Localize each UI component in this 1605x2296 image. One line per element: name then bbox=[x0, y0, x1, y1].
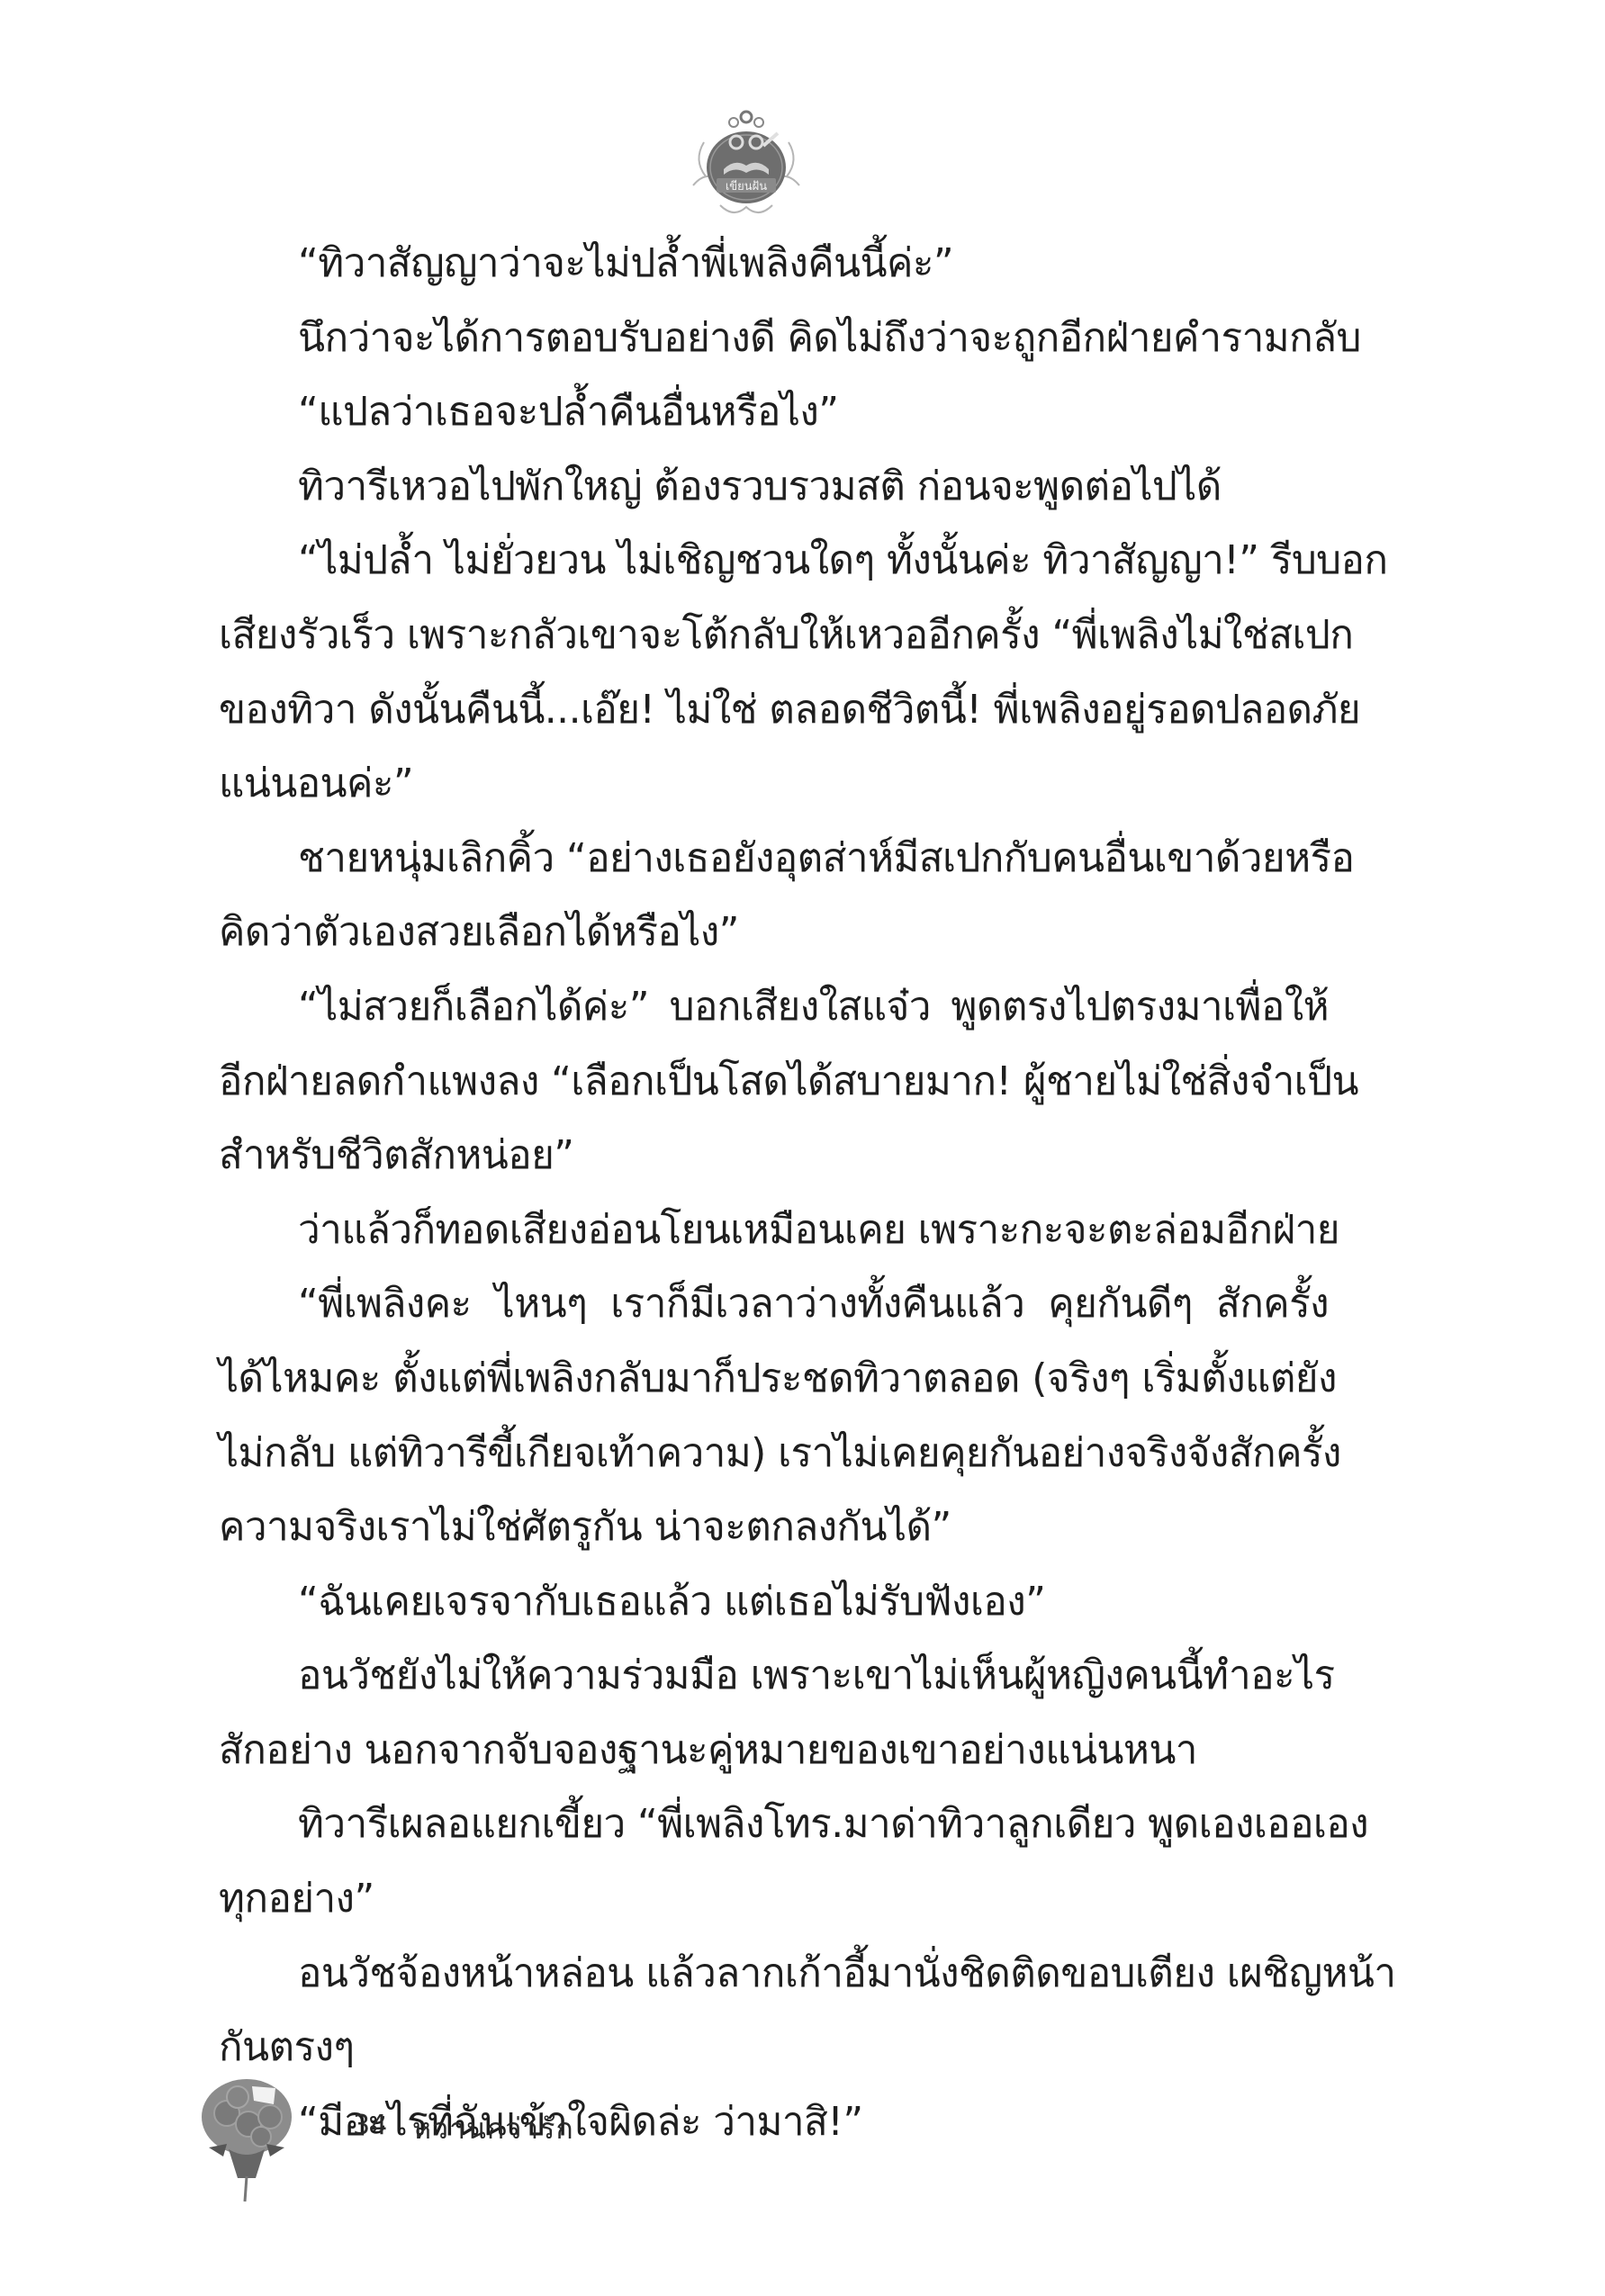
body-text: “ทิวาสัญญาว่าจะไม่ปล้ำพี่เพลิงคืนนี้ค่ะ”… bbox=[219, 227, 1329, 2159]
text-line: ความจริงเราไม่ใช่ศัตรูกัน น่าจะตกลงกันได… bbox=[219, 1490, 1329, 1565]
text-line: คิดว่าตัวเองสวยเลือกได้หรือไง” bbox=[219, 896, 1329, 970]
text-line: ไม่กลับ แต่ทิวารีขี้เกียจเท้าความ) เราไม… bbox=[219, 1417, 1329, 1491]
text-line: ทุกอย่าง” bbox=[219, 1862, 1329, 1937]
book-title: หวานกว่ารัก bbox=[412, 2106, 574, 2152]
text-line: ทิวารีเผลอแยกเขี้ยว “พี่เพลิงโทร.มาด่าทิ… bbox=[219, 1787, 1329, 1862]
text-line: ว่าแล้วก็ทอดเสียงอ่อนโยนเหมือนเคย เพราะก… bbox=[219, 1193, 1329, 1268]
text-line: ได้ไหมคะ ตั้งแต่พี่เพลิงกลับมาก็ประชดทิว… bbox=[219, 1342, 1329, 1417]
text-line: อีกฝ่ายลดกำแพงลง “เลือกเป็นโสดได้สบายมาก… bbox=[219, 1045, 1329, 1120]
page-number: 34 bbox=[353, 2110, 387, 2141]
text-line: เสียงรัวเร็ว เพราะกลัวเขาจะโต้กลับให้เหว… bbox=[219, 599, 1329, 673]
page-footer: 34 หวานกว่ารัก bbox=[191, 2070, 731, 2214]
text-line: ชายหนุ่มเลิกคิ้ว “อย่างเธอยังอุตส่าห์มีส… bbox=[219, 822, 1329, 896]
rose-bouquet-icon bbox=[191, 2070, 306, 2205]
text-line: สำหรับชีวิตสักหน่อย” bbox=[219, 1119, 1329, 1193]
text-line: อนวัชจ้องหน้าหล่อน แล้วลากเก้าอี้มานั่งช… bbox=[219, 1937, 1329, 2012]
text-line: “ฉันเคยเจรจากับเธอแล้ว แต่เธอไม่รับฟังเอ… bbox=[219, 1565, 1329, 1640]
chapter-emblem-icon: เขียนฝัน bbox=[684, 106, 808, 221]
text-line: ทิวารีเหวอไปพักใหญ่ ต้องรวบรวมสติ ก่อนจะ… bbox=[219, 450, 1329, 525]
text-line: อนวัชยังไม่ให้ความร่วมมือ เพราะเขาไม่เห็… bbox=[219, 1639, 1329, 1714]
text-line: “ไม่สวยก็เลือกได้ค่ะ” บอกเสียงใสแจ๋ว พูด… bbox=[219, 970, 1329, 1045]
text-line: แน่นอนค่ะ” bbox=[219, 747, 1329, 822]
text-line: “พี่เพลิงคะ ไหนๆ เราก็มีเวลาว่างทั้งคืนแ… bbox=[219, 1267, 1329, 1342]
text-line: สักอย่าง นอกจากจับจองฐานะคู่หมายของเขาอย… bbox=[219, 1714, 1329, 1788]
text-line: “ไม่ปล้ำ ไม่ยั่วยวน ไม่เชิญชวนใดๆ ทั้งนั… bbox=[219, 524, 1329, 599]
emblem-label: เขียนฝัน bbox=[726, 179, 767, 194]
text-line: “แปลว่าเธอจะปล้ำคืนอื่นหรือไง” bbox=[219, 375, 1329, 450]
text-line: นึกว่าจะได้การตอบรับอย่างดี คิดไม่ถึงว่า… bbox=[219, 302, 1329, 376]
text-line: “ทิวาสัญญาว่าจะไม่ปล้ำพี่เพลิงคืนนี้ค่ะ” bbox=[219, 227, 1329, 302]
text-line: ของทิวา ดังนั้นคืนนี้...เอ๊ย! ไม่ใช่ ตลอ… bbox=[219, 673, 1329, 748]
